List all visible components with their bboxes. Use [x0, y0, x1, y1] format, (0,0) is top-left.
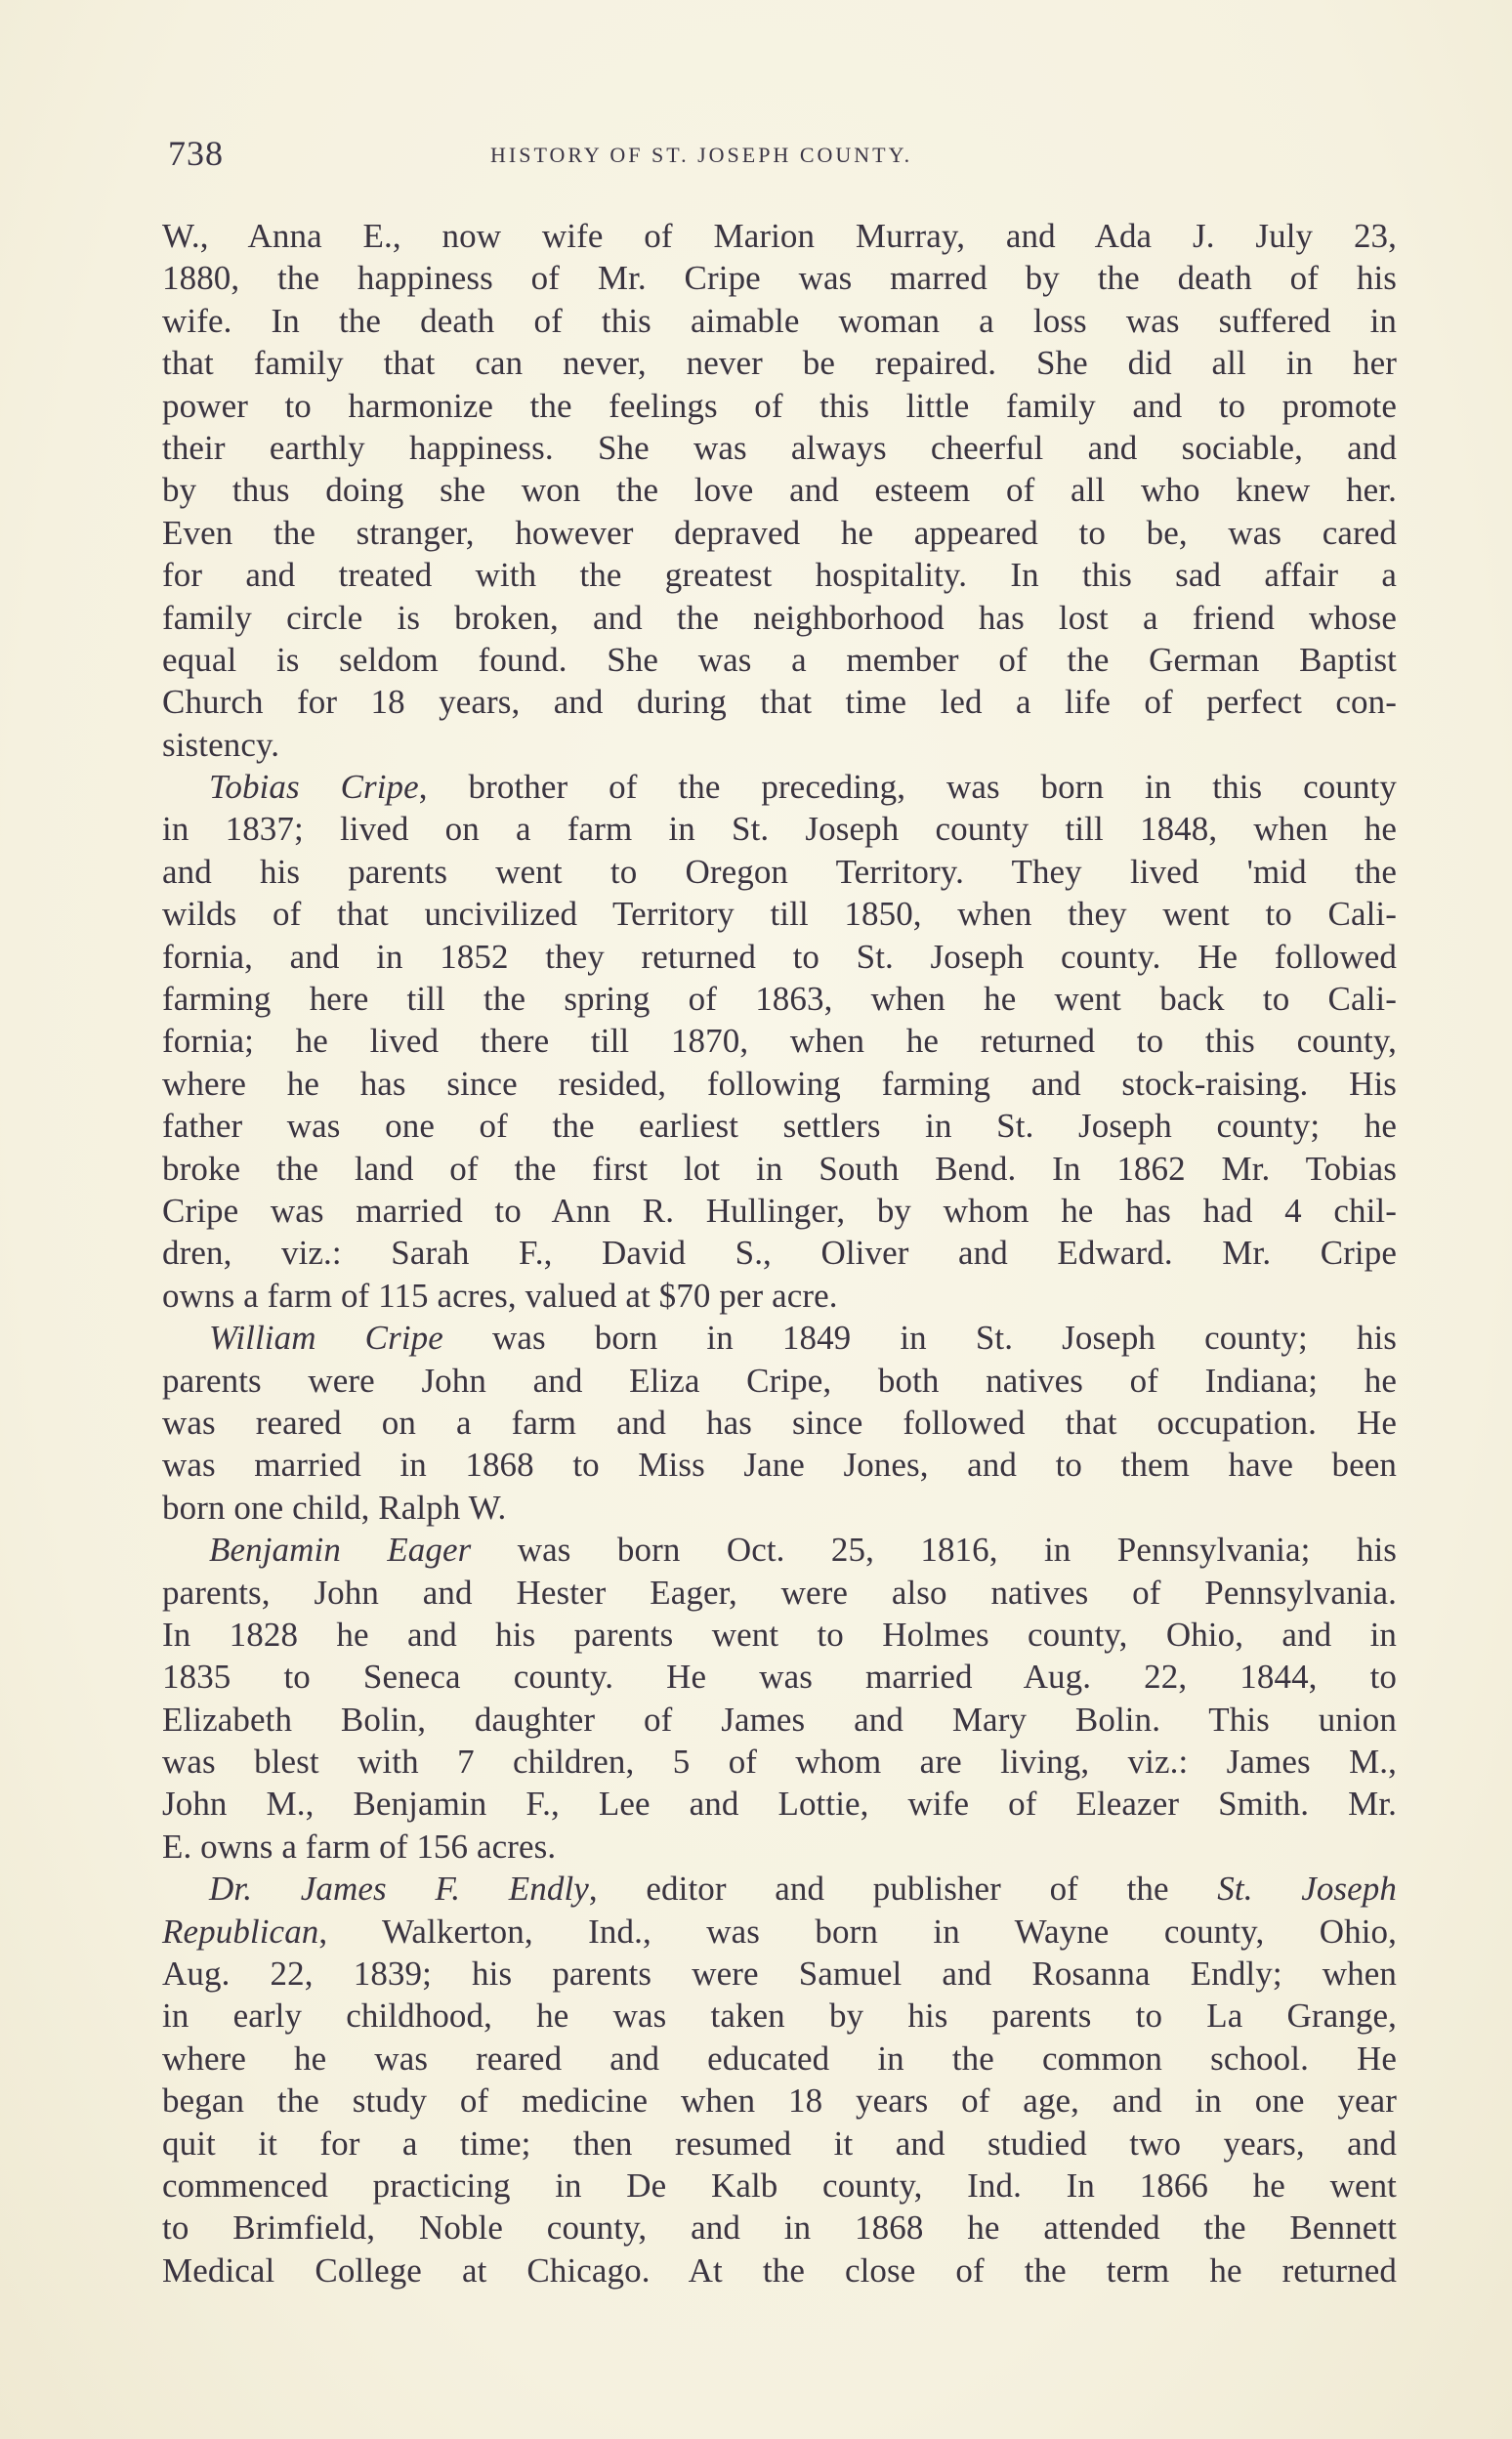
line-text: dren, viz.: Sarah F., David S., Oliver a… — [162, 1234, 1397, 1272]
text-line: for and treated with the greatest hospit… — [162, 554, 1397, 596]
text-line: was blest with 7 children, 5 of whom are… — [162, 1741, 1397, 1783]
text-line: Republican, Walkerton, Ind., was born in… — [162, 1911, 1397, 1953]
line-text: that family that can never, never be rep… — [162, 344, 1397, 382]
line-text: was married in 1868 to Miss Jane Jones, … — [162, 1446, 1397, 1484]
person-name: Republican — [162, 1913, 318, 1951]
text-line: by thus doing she won the love and estee… — [162, 469, 1397, 511]
line-text: began the study of medicine when 18 year… — [162, 2082, 1397, 2120]
text-line: in 1837; lived on a farm in St. Joseph c… — [162, 808, 1397, 850]
person-name: Tobias Cripe — [209, 768, 419, 806]
line-text: to Brimfield, Noble county, and in 1868 … — [162, 2208, 1397, 2247]
text-line: equal is seldom found. She was a member … — [162, 639, 1397, 681]
book-page: 738 HISTORY OF ST. JOSEPH COUNTY. W., An… — [0, 0, 1512, 2439]
line-text: was born Oct. 25, 1816, in Pennsylvania;… — [471, 1531, 1397, 1569]
line-text: , brother of the preceding, was born in … — [419, 768, 1397, 806]
text-line: broke the land of the first lot in South… — [162, 1148, 1397, 1190]
person-name: William Cripe — [209, 1319, 443, 1357]
line-text: Even the stranger, however depraved he a… — [162, 514, 1397, 552]
text-line: Medical College at Chicago. At the close… — [162, 2250, 1397, 2292]
line-text: equal is seldom found. She was a member … — [162, 641, 1397, 679]
text-line: was married in 1868 to Miss Jane Jones, … — [162, 1444, 1397, 1486]
text-line: in early childhood, he was taken by his … — [162, 1995, 1397, 2037]
person-name: Dr. James F. Endly — [209, 1870, 589, 1908]
text-line: fornia; he lived there till 1870, when h… — [162, 1020, 1397, 1062]
text-line: 1835 to Seneca county. He was married Au… — [162, 1656, 1397, 1698]
line-text: , Walkerton, Ind., was born in Wayne cou… — [318, 1913, 1397, 1951]
line-text: wilds of that uncivilized Territory till… — [162, 895, 1397, 933]
line-text: In 1828 he and his parents went to Holme… — [162, 1616, 1397, 1654]
text-line: owns a farm of 115 acres, valued at $70 … — [162, 1275, 1397, 1317]
line-text: in 1837; lived on a farm in St. Joseph c… — [162, 810, 1397, 848]
person-name: Benjamin Eager — [209, 1531, 471, 1569]
line-text: fornia; he lived there till 1870, when h… — [162, 1022, 1397, 1060]
line-text: was reared on a farm and has since follo… — [162, 1404, 1397, 1442]
line-text: 1835 to Seneca county. He was married Au… — [162, 1658, 1397, 1696]
text-line: wife. In the death of this aimable woman… — [162, 300, 1397, 342]
line-text: wife. In the death of this aimable woman… — [162, 302, 1397, 340]
text-line: W., Anna E., now wife of Marion Murray, … — [162, 215, 1397, 257]
text-line: that family that can never, never be rep… — [162, 342, 1397, 384]
line-text: Medical College at Chicago. At the close… — [162, 2251, 1397, 2290]
line-text: farming here till the spring of 1863, wh… — [162, 980, 1397, 1018]
line-text: was blest with 7 children, 5 of whom are… — [162, 1743, 1397, 1781]
publication-title: St. Joseph — [1217, 1870, 1397, 1908]
text-line: began the study of medicine when 18 year… — [162, 2080, 1397, 2122]
line-text: sistency. — [162, 726, 279, 764]
line-text: by thus doing she won the love and estee… — [162, 471, 1397, 509]
line-text: John M., Benjamin F., Lee and Lottie, wi… — [162, 1785, 1397, 1823]
line-text: , editor and publisher of the — [589, 1870, 1217, 1908]
paragraph-first-line: Tobias Cripe, brother of the preceding, … — [162, 766, 1397, 808]
line-text: Church for 18 years, and during that tim… — [162, 683, 1397, 721]
text-line: 1880, the happiness of Mr. Cripe was mar… — [162, 257, 1397, 299]
line-text: parents were John and Eliza Cripe, both … — [162, 1362, 1397, 1400]
text-line: power to harmonize the feelings of this … — [162, 385, 1397, 427]
line-text: broke the land of the first lot in South… — [162, 1150, 1397, 1188]
text-line: In 1828 he and his parents went to Holme… — [162, 1614, 1397, 1656]
text-line: and his parents went to Oregon Territory… — [162, 851, 1397, 893]
body-text: W., Anna E., now wife of Marion Murray, … — [162, 215, 1397, 2292]
running-title: HISTORY OF ST. JOSEPH COUNTY. — [490, 143, 912, 168]
text-line: farming here till the spring of 1863, wh… — [162, 978, 1397, 1020]
paragraph-first-line: Dr. James F. Endly, editor and publisher… — [162, 1868, 1397, 1910]
line-text: commenced practicing in De Kalb county, … — [162, 2166, 1397, 2205]
text-line: Cripe was married to Ann R. Hullinger, b… — [162, 1190, 1397, 1232]
text-line: Even the stranger, however depraved he a… — [162, 512, 1397, 554]
text-line: sistency. — [162, 724, 1397, 766]
text-line: their earthly happiness. She was always … — [162, 427, 1397, 469]
text-line: E. owns a farm of 156 acres. — [162, 1826, 1397, 1868]
line-text: family circle is broken, and the neighbo… — [162, 599, 1397, 637]
text-line: commenced practicing in De Kalb county, … — [162, 2165, 1397, 2207]
line-text: E. owns a farm of 156 acres. — [162, 1828, 556, 1866]
text-line: father was one of the earliest settlers … — [162, 1105, 1397, 1147]
line-text: Cripe was married to Ann R. Hullinger, b… — [162, 1192, 1397, 1230]
text-line: dren, viz.: Sarah F., David S., Oliver a… — [162, 1232, 1397, 1274]
text-line: parents were John and Eliza Cripe, both … — [162, 1360, 1397, 1402]
text-line: Aug. 22, 1839; his parents were Samuel a… — [162, 1953, 1397, 1995]
paragraph-first-line: William Cripe was born in 1849 in St. Jo… — [162, 1317, 1397, 1359]
line-text: owns a farm of 115 acres, valued at $70 … — [162, 1277, 838, 1315]
line-text: Elizabeth Bolin, daughter of James and M… — [162, 1701, 1397, 1739]
text-line: Elizabeth Bolin, daughter of James and M… — [162, 1699, 1397, 1741]
text-line: parents, John and Hester Eager, were als… — [162, 1572, 1397, 1614]
line-text: in early childhood, he was taken by his … — [162, 1997, 1397, 2035]
line-text: was born in 1849 in St. Joseph county; h… — [443, 1319, 1397, 1357]
text-line: wilds of that uncivilized Territory till… — [162, 893, 1397, 935]
line-text: 1880, the happiness of Mr. Cripe was mar… — [162, 259, 1397, 297]
text-line: family circle is broken, and the neighbo… — [162, 597, 1397, 639]
line-text: where he was reared and educated in the … — [162, 2040, 1397, 2078]
text-line: was reared on a farm and has since follo… — [162, 1402, 1397, 1444]
line-text: fornia, and in 1852 they returned to St.… — [162, 938, 1397, 976]
page-number: 738 — [168, 133, 224, 174]
text-line: where he was reared and educated in the … — [162, 2038, 1397, 2080]
running-head: 738 HISTORY OF ST. JOSEPH COUNTY. — [168, 133, 1397, 172]
text-line: quit it for a time; then resumed it and … — [162, 2123, 1397, 2165]
text-line: fornia, and in 1852 they returned to St.… — [162, 936, 1397, 978]
line-text: their earthly happiness. She was always … — [162, 429, 1397, 467]
line-text: power to harmonize the feelings of this … — [162, 387, 1397, 425]
line-text: and his parents went to Oregon Territory… — [162, 853, 1397, 891]
line-text: where he has since resided, following fa… — [162, 1065, 1397, 1103]
line-text: W., Anna E., now wife of Marion Murray, … — [162, 217, 1397, 255]
line-text: parents, John and Hester Eager, were als… — [162, 1574, 1397, 1612]
line-text: for and treated with the greatest hospit… — [162, 556, 1397, 594]
line-text: father was one of the earliest settlers … — [162, 1107, 1397, 1145]
text-line: born one child, Ralph W. — [162, 1487, 1397, 1529]
line-text: born one child, Ralph W. — [162, 1489, 506, 1527]
text-line: to Brimfield, Noble county, and in 1868 … — [162, 2207, 1397, 2249]
text-line: Church for 18 years, and during that tim… — [162, 681, 1397, 723]
text-line: John M., Benjamin F., Lee and Lottie, wi… — [162, 1783, 1397, 1825]
text-line: where he has since resided, following fa… — [162, 1063, 1397, 1105]
line-text: Aug. 22, 1839; his parents were Samuel a… — [162, 1955, 1397, 1993]
line-text: quit it for a time; then resumed it and … — [162, 2124, 1397, 2163]
paragraph-first-line: Benjamin Eager was born Oct. 25, 1816, i… — [162, 1529, 1397, 1571]
